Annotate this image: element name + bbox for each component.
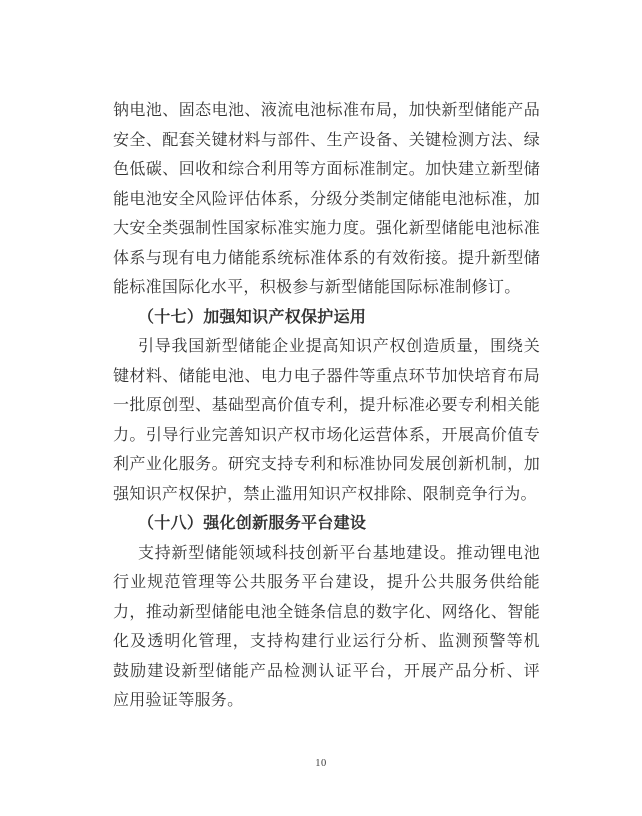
body-line: 键材料、储能电池、电力电子器件等重点环节加快培育布局 — [113, 362, 540, 392]
body-line: 色低碳、回收和综合利用等方面标准制定。加快建立新型储 — [113, 155, 540, 185]
body-line: 支持新型储能领域科技创新平台基地建设。推动锂电池 — [113, 539, 540, 569]
body-line: 能标准国际化水平，积极参与新型储能国际标准制修订。 — [113, 273, 540, 303]
body-line: 引导我国新型储能企业提高知识产权创造质量，围绕关 — [113, 332, 540, 362]
document-page: 钠电池、固态电池、液流电池标准布局，加快新型储能产品 安全、配套关键材料与部件、… — [0, 0, 642, 816]
body-line: 大安全类强制性国家标准实施力度。强化新型储能电池标准 — [113, 214, 540, 244]
body-line: 强知识产权保护，禁止滥用知识产权排除、限制竞争行为。 — [113, 480, 540, 510]
body-line: 鼓励建设新型储能产品检测认证平台，开展产品分析、评价、 — [113, 657, 540, 687]
body-line: 一批原创型、基础型高价值专利，提升标准必要专利相关能 — [113, 391, 540, 421]
body-line: 力。引导行业完善知识产权市场化运营体系，开展高价值专 — [113, 421, 540, 451]
body-line: 利产业化服务。研究支持专利和标准协同发展创新机制，加 — [113, 450, 540, 480]
body-line: 行业规范管理等公共服务平台建设，提升公共服务供给能 — [113, 568, 540, 598]
section-heading-17: （十七）加强知识产权保护运用 — [113, 303, 540, 333]
body-line: 应用验证等服务。 — [113, 686, 540, 716]
body-line: 力，推动新型储能电池全链条信息的数字化、网络化、智能 — [113, 598, 540, 628]
document-body: 钠电池、固态电池、液流电池标准布局，加快新型储能产品 安全、配套关键材料与部件、… — [113, 96, 540, 716]
body-line: 化及透明化管理，支持构建行业运行分析、监测预警等机制。 — [113, 627, 540, 657]
body-line: 能电池安全风险评估体系，分级分类制定储能电池标准，加 — [113, 185, 540, 215]
body-line: 体系与现有电力储能系统标准体系的有效衔接。提升新型储 — [113, 244, 540, 274]
body-line: 安全、配套关键材料与部件、生产设备、关键检测方法、绿 — [113, 126, 540, 156]
page-number: 10 — [0, 758, 642, 769]
body-line: 钠电池、固态电池、液流电池标准布局，加快新型储能产品 — [113, 96, 540, 126]
section-heading-18: （十八）强化创新服务平台建设 — [113, 509, 540, 539]
